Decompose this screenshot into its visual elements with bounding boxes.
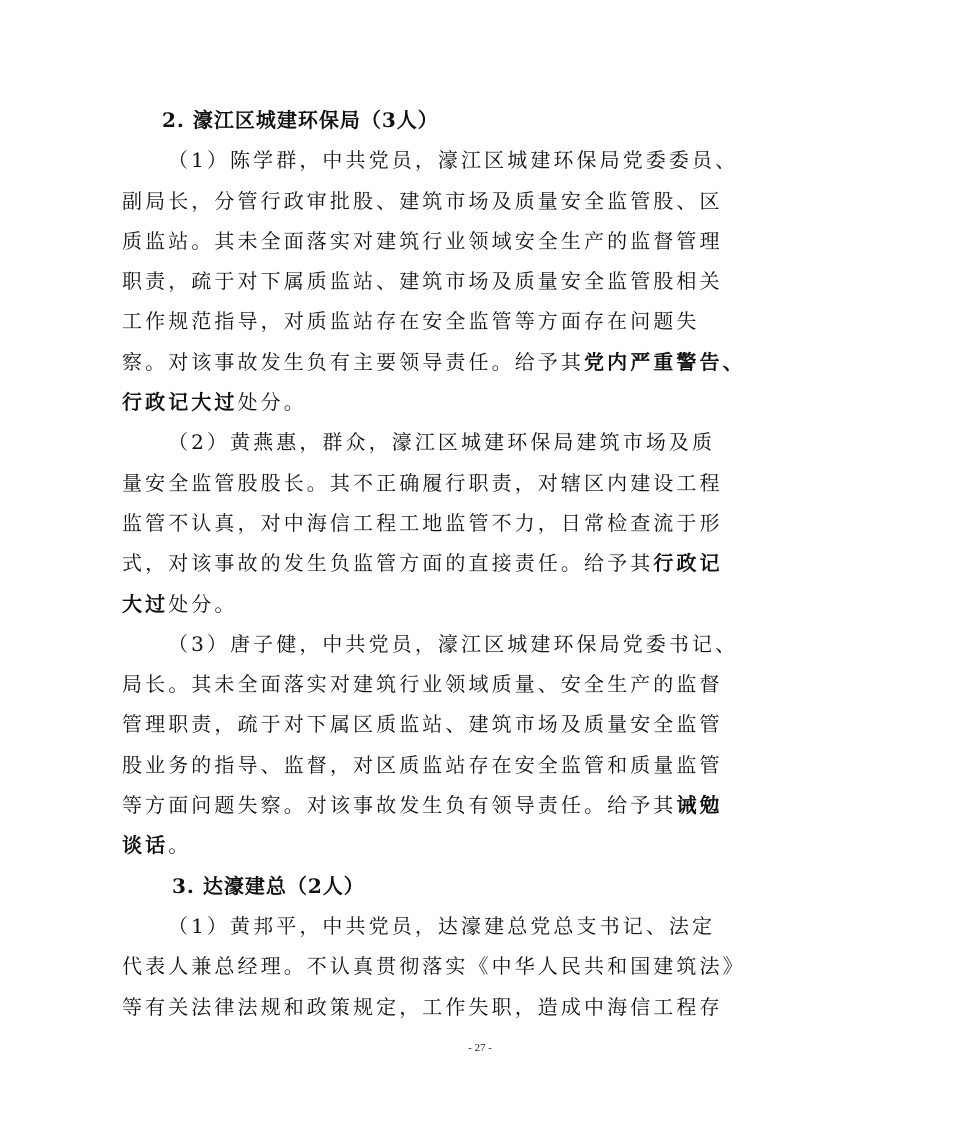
paragraph-line: 管理职责，疏于对下属区质监站、建筑市场及质量安全监管	[122, 704, 672, 744]
text: 察。对该事故发生负有主要领导责任。给予其	[122, 350, 584, 374]
paragraph-line: 等方面问题失察。对该事故发生负有领导责任。给予其诫勉	[122, 785, 672, 825]
penalty-text: 谈话	[122, 833, 168, 857]
text: 处分。	[168, 592, 237, 616]
paragraph-line: 质监站。其未全面落实对建筑行业领域安全生产的监督管理	[122, 221, 672, 261]
penalty-text: 党内严重警告、	[584, 350, 746, 374]
paragraph-line: 量安全监管股股长。其不正确履行职责，对辖区内建设工程	[122, 463, 672, 503]
text: 式，对该事故的发生负监管方面的直接责任。给予其	[122, 551, 653, 575]
text: 。	[168, 833, 191, 857]
text: 处分。	[238, 390, 307, 414]
paragraph-line: 工作规范指导，对质监站存在安全监管等方面存在问题失	[122, 301, 672, 341]
paragraph-line: （1）黄邦平，中共党员，达濠建总党总支书记、法定	[122, 906, 672, 946]
penalty-text: 行政记大过	[122, 390, 238, 414]
paragraph-line: 代表人兼总经理。不认真贯彻落实《中华人民共和国建筑法》	[122, 946, 672, 986]
paragraph-line: 式，对该事故的发生负监管方面的直接责任。给予其行政记	[122, 543, 672, 583]
paragraph-line: 察。对该事故发生负有主要领导责任。给予其党内严重警告、	[122, 342, 672, 382]
paragraph-line: 职责，疏于对下属质监站、建筑市场及质量安全监管股相关	[122, 261, 672, 301]
text: 等方面问题失察。对该事故发生负有领导责任。给予其	[122, 793, 676, 817]
section-heading: 3. 达濠建总（2人）	[122, 866, 672, 906]
paragraph-line: （1）陈学群，中共党员，濠江区城建环保局党委委员、	[122, 140, 672, 180]
paragraph-line: 等有关法律法规和政策规定，工作失职，造成中海信工程存	[122, 987, 672, 1027]
section-heading: 2. 濠江区城建环保局（3人）	[122, 100, 672, 140]
paragraph-line: 局长。其未全面落实对建筑行业领域质量、安全生产的监督	[122, 664, 672, 704]
paragraph-line: 监管不认真，对中海信工程工地监管不力，日常检查流于形	[122, 503, 672, 543]
document-page: 2. 濠江区城建环保局（3人） （1）陈学群，中共党员，濠江区城建环保局党委委员…	[122, 100, 672, 1027]
paragraph-line: 大过处分。	[122, 584, 672, 624]
paragraph-line: 谈话。	[122, 825, 672, 865]
penalty-text: 大过	[122, 592, 168, 616]
paragraph-line: （3）唐子健，中共党员，濠江区城建环保局党委书记、	[122, 624, 672, 664]
page-number: - 27 -	[0, 1042, 960, 1054]
penalty-text: 行政记	[653, 551, 722, 575]
paragraph-line: （2）黄燕惠，群众，濠江区城建环保局建筑市场及质	[122, 422, 672, 462]
paragraph-line: 股业务的指导、监督，对区质监站存在安全监管和质量监管	[122, 745, 672, 785]
penalty-text: 诫勉	[676, 793, 722, 817]
paragraph-line: 副局长，分管行政审批股、建筑市场及质量安全监管股、区	[122, 181, 672, 221]
paragraph-line: 行政记大过处分。	[122, 382, 672, 422]
